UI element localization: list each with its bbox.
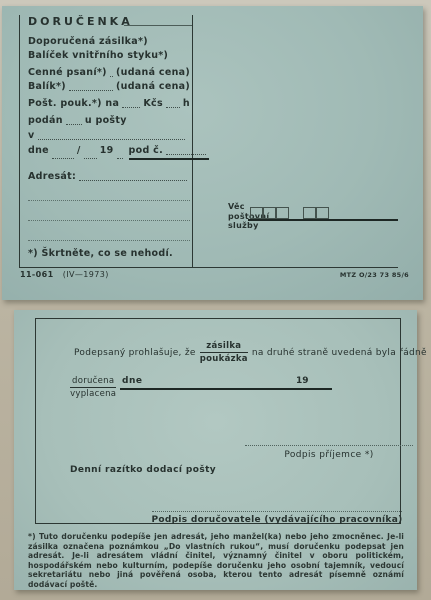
dotted-leader-year (117, 150, 123, 159)
code-box (303, 207, 316, 219)
item-parcel: Balík*) (udaná cena) (28, 81, 190, 92)
haler-label: h (183, 98, 190, 109)
declaration-sentence: Podepsaný prohlašuje, že zásilka poukázk… (70, 341, 370, 364)
item-domestic-parcel: Balíček vnitřního styku*) (28, 50, 168, 61)
code-box-gap (289, 207, 303, 219)
service-matter-heavy-line (248, 219, 398, 221)
deliverer-signature-text: Podpis doručovatele (vydávajícího pracov… (151, 515, 402, 525)
daily-postmark-label: Denní razítko dodací pošty (70, 465, 216, 475)
vec-line-3: služby (228, 221, 269, 231)
year-prefix: 19 (100, 145, 114, 156)
item-registered-mail: Doporučená zásilka*) (28, 36, 148, 47)
item-money-order-label: Pošt. pouk.*) na (28, 98, 119, 109)
row-posted-at: podán u pošty (28, 115, 127, 126)
item-money-order: Pošt. pouk.*) na Kčs h (28, 98, 190, 109)
choice-money-order-label: poukázka (200, 353, 248, 364)
column-divider-line (192, 15, 193, 267)
dotted-leader (110, 68, 113, 77)
item-registered-mail-label: Doporučená zásilka*) (28, 36, 148, 47)
dotted-leader-amount (122, 99, 140, 108)
item-insured-letter: Cenné psaní*) (udaná cena) (28, 67, 190, 78)
declared-value-label: (udaná cena) (116, 67, 190, 78)
deliverer-signature-line (152, 511, 402, 512)
form-code: 11-061 (20, 270, 54, 279)
delivery-receipt-back: Podepsaný prohlašuje, že zásilka poukázk… (14, 310, 417, 590)
code-box (250, 207, 263, 219)
form-title-text: DORUČENKA (28, 15, 133, 28)
recipient-signature-text: Podpis příjemce *) (284, 450, 373, 460)
code-box (276, 207, 289, 219)
dotted-leader (66, 116, 82, 125)
form-issue-date: (IV—1973) (63, 270, 109, 279)
dotted-leader-haler (166, 99, 180, 108)
declared-value-label: (udaná cena) (116, 81, 190, 92)
strike-out-note-text: *) Škrtněte, co se nehodí. (28, 248, 173, 259)
posted-label: podán (28, 115, 63, 126)
title-rule-line (124, 25, 192, 26)
choice-paid-out-label: vyplacena (70, 388, 116, 399)
row-date-number: dne / 19 pod č. (28, 145, 209, 160)
item-parcel-label: Balík*) (28, 81, 66, 92)
date-label: dne (28, 145, 49, 156)
left-border-line (19, 15, 20, 267)
address-writing-line (28, 240, 190, 241)
under-number-group: pod č. (129, 145, 209, 160)
dotted-leader (69, 82, 113, 91)
form-number: 11-061 (IV—1973) (20, 270, 109, 279)
recipient-signature-caption: Podpis příjemce *) (245, 450, 413, 460)
recipient-signature-line (245, 445, 413, 446)
delivery-year-prefix: 19 (296, 376, 309, 386)
at-post-office-label: u pošty (85, 115, 127, 126)
dotted-leader-month (84, 150, 97, 159)
printer-code: MTZ O/23 73 85/6 (340, 271, 409, 279)
addressee-label: Adresát: (28, 171, 76, 182)
address-writing-line (28, 200, 190, 201)
delivery-date-line: dne 19 (120, 372, 332, 390)
code-box (316, 207, 329, 219)
printer-code-text: MTZ O/23 73 85/6 (340, 271, 409, 279)
slash-separator: / (77, 145, 81, 156)
addressee-row: Adresát: (28, 171, 190, 182)
row-place: v (28, 130, 188, 141)
dotted-leader-number (166, 146, 206, 155)
scanned-postal-form: DORUČENKA Doporučená zásilka*) Balíček v… (0, 0, 431, 600)
bottom-rule-line (19, 267, 398, 268)
service-code-boxes (250, 207, 329, 219)
address-writing-line (28, 220, 190, 221)
dotted-leader-place (38, 131, 186, 140)
delivered-or-paid-choice: doručena vyplacena (70, 376, 116, 399)
dotted-leader-addressee (79, 172, 187, 181)
item-domestic-parcel-label: Balíček vnitřního styku*) (28, 50, 168, 61)
declaration-before-text: Podepsaný prohlašuje, že (74, 348, 196, 358)
daily-postmark-text: Denní razítko dodací pošty (70, 465, 216, 475)
choice-delivered-label: doručena (70, 376, 116, 388)
signing-rules-text: *) Tuto doručenku podepíše jen adresát, … (28, 532, 404, 589)
under-number-label: pod č. (129, 145, 163, 156)
strike-out-note: *) Škrtněte, co se nehodí. (28, 248, 173, 259)
deliverer-signature-caption: Podpis doručovatele (vydávajícího pracov… (132, 515, 422, 525)
item-insured-letter-label: Cenné psaní*) (28, 67, 107, 78)
declaration-after-text: na druhé straně uvedená byla řádně (252, 348, 427, 358)
currency-label: Kčs (143, 98, 163, 109)
code-box (263, 207, 276, 219)
signing-rules-footnote: *) Tuto doručenku podepíše jen adresát, … (28, 532, 404, 590)
form-title: DORUČENKA (28, 15, 133, 28)
declaration-border-box: Podepsaný prohlašuje, že zásilka poukázk… (35, 318, 401, 524)
choice-shipment-label: zásilka (200, 341, 248, 353)
place-label: v (28, 130, 35, 141)
dotted-leader-day (52, 150, 74, 159)
delivery-date-label: dne (122, 376, 142, 386)
delivery-receipt-front: DORUČENKA Doporučená zásilka*) Balíček v… (2, 6, 423, 300)
shipment-or-order-choice: zásilka poukázka (200, 341, 248, 364)
